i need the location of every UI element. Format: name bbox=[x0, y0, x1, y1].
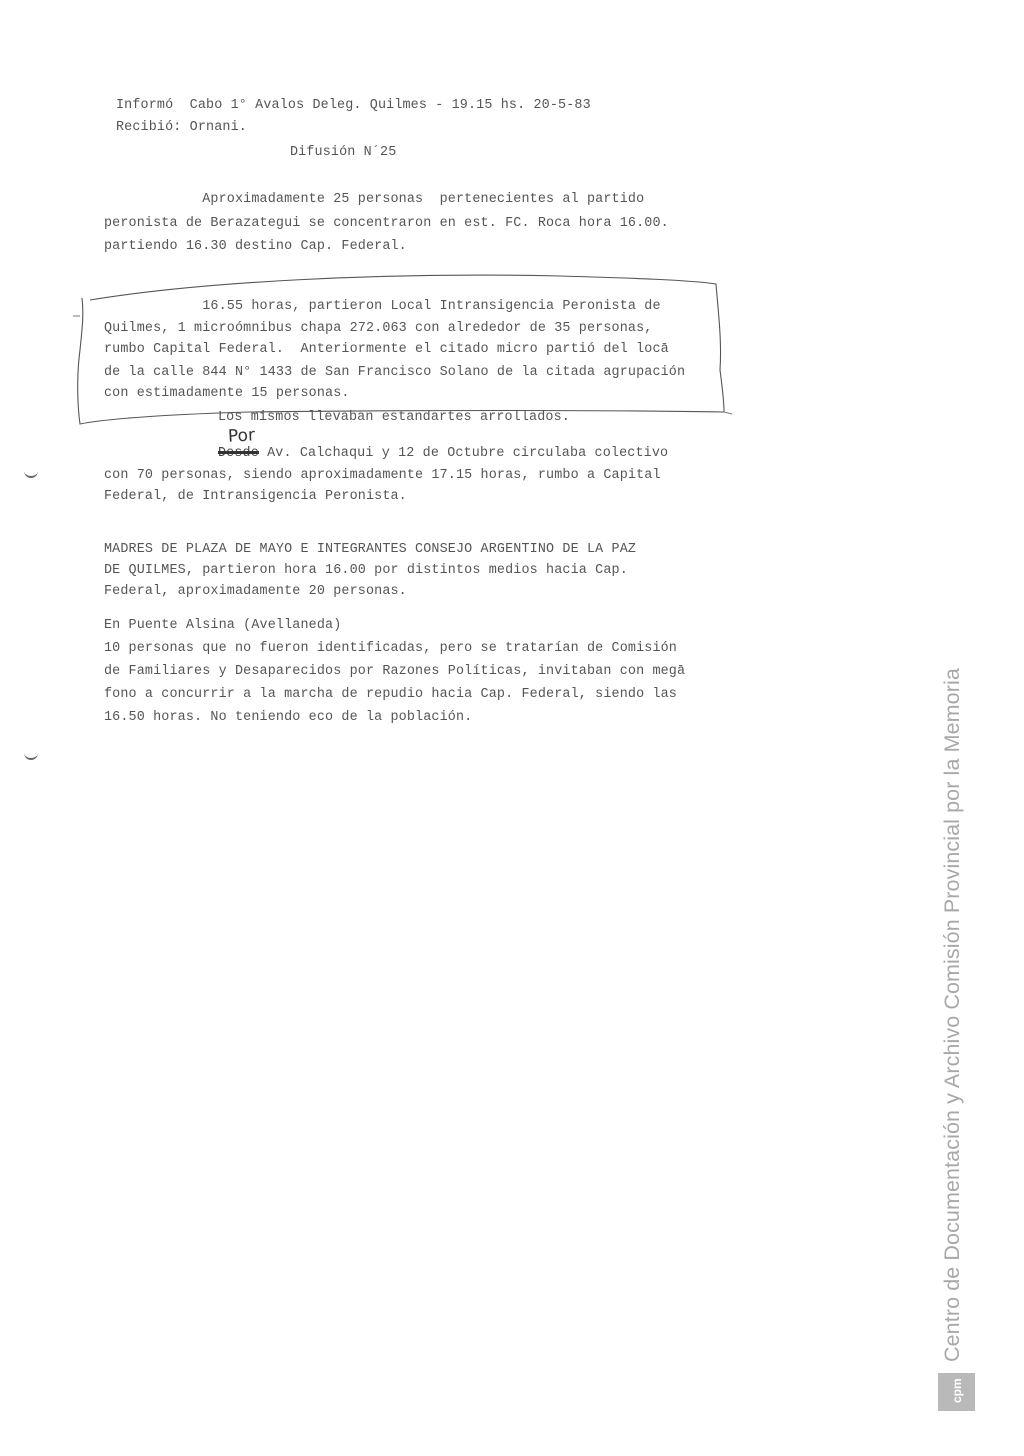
paragraph-3-line-1: Desde Av. Calchaqui y 12 de Octubre circ… bbox=[218, 446, 668, 462]
paragraph-1-line-1: Aproximadamente 25 personas pertenecient… bbox=[104, 192, 644, 208]
handwritten-correction: Por bbox=[227, 425, 255, 446]
paragraph-1-line-3: partiendo 16.30 destino Cap. Federal. bbox=[104, 239, 407, 255]
paragraph-5-heading: En Puente Alsina (Avellaneda) bbox=[104, 618, 341, 634]
paragraph-4-line-1: MADRES DE PLAZA DE MAYO E INTEGRANTES CO… bbox=[104, 542, 636, 558]
paragraph-5-line-1: 10 personas que no fueron identificadas,… bbox=[104, 641, 677, 657]
paragraph-3-line-1-text: Av. Calchaqui y 12 de Octubre circulaba … bbox=[259, 446, 668, 461]
paragraph-5-line-2: de Familiares y Desaparecidos por Razone… bbox=[104, 664, 685, 680]
paragraph-3-line-2: con 70 personas, siendo aproximadamente … bbox=[104, 468, 661, 484]
cpm-logo-text: cpm bbox=[950, 1378, 964, 1403]
document-title: Difusión N´25 bbox=[290, 145, 396, 161]
watermark-text: Centro de Documentación y Archivo Comisi… bbox=[940, 668, 965, 1362]
paragraph-2-line-4: de la calle 844 N° 1433 de San Francisco… bbox=[104, 365, 685, 381]
punch-hole-mark bbox=[24, 470, 38, 478]
paragraph-2-line-1: 16.55 horas, partieron Local Intransigen… bbox=[104, 299, 661, 315]
document-page: Informó Cabo 1° Avalos Deleg. Quilmes - … bbox=[0, 0, 1024, 1456]
paragraph-2-line-3: rumbo Capital Federal. Anteriormente el … bbox=[104, 342, 669, 358]
paragraph-5-line-3: fono a concurrir a la marcha de repudio … bbox=[104, 687, 677, 703]
paragraph-4-line-3: Federal, aproximadamente 20 personas. bbox=[104, 584, 407, 600]
paragraph-4-line-2: DE QUILMES, partieron hora 16.00 por dis… bbox=[104, 563, 628, 579]
cpm-logo-badge: cpm bbox=[938, 1373, 975, 1411]
paragraph-1-line-2: peronista de Berazategui se concentraron… bbox=[104, 216, 669, 232]
header-informant-line: Informó Cabo 1° Avalos Deleg. Quilmes - … bbox=[116, 98, 591, 114]
paragraph-2-line-5: con estimadamente 15 personas. bbox=[104, 386, 350, 402]
paragraph-5-line-4: 16.50 horas. No teniendo eco de la pobla… bbox=[104, 710, 472, 726]
punch-hole-mark bbox=[24, 752, 38, 760]
paragraph-2-line-2: Quilmes, 1 microómnibus chapa 272.063 co… bbox=[104, 321, 652, 337]
struck-word: Desde bbox=[218, 446, 259, 461]
paragraph-3-line-3: Federal, de Intransigencia Peronista. bbox=[104, 489, 407, 505]
paragraph-2-after-box: Los mismos llevaban estandartes arrollad… bbox=[218, 410, 570, 426]
header-received-line: Recibió: Ornani. bbox=[116, 120, 247, 136]
